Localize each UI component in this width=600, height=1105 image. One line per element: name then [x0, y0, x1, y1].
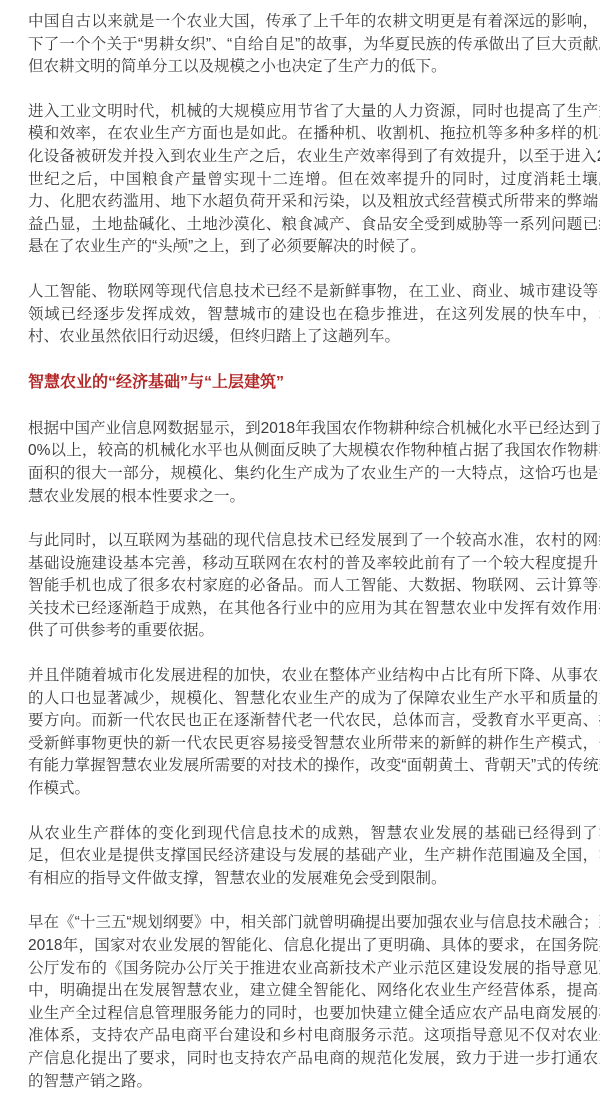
section-paragraph-3: 并且伴随着城市化发展进程的加快，农业在整体产业结构中占比有所下降、从事农业的人口…	[28, 665, 600, 801]
section-heading: 智慧农业的“经济基础”与“上层建筑”	[28, 371, 600, 395]
article-content: 中国自古以来就是一个农业大国，传承了上千年的农耕文明更是有着深远的影响，留下了一…	[0, 0, 600, 1093]
intro-paragraph-1: 中国自古以来就是一个农业大国，传承了上千年的农耕文明更是有着深远的影响，留下了一…	[28, 11, 600, 79]
intro-paragraph-2: 进入工业文明时代，机械的大规模应用节省了大量的人力资源，同时也提高了生产规模和效…	[28, 101, 600, 259]
section-paragraph-2: 与此同时，以互联网为基础的现代信息技术已经发展到了一个较高水准，农村的网络基础设…	[28, 530, 600, 643]
section-paragraph-5: 早在《“十三五“规划纲要》中，相关部门就曾明确提出要加强农业与信息技术融合；到2…	[28, 912, 600, 1093]
article-page: 中国自古以来就是一个农业大国，传承了上千年的农耕文明更是有着深远的影响，留下了一…	[0, 0, 600, 1105]
section-paragraph-1: 根据中国产业信息网数据显示，到2018年我国农作物耕种综合机械化水平已经达到了6…	[28, 418, 600, 508]
section-paragraph-4: 从农业生产群体的变化到现代信息技术的成熟，智慧农业发展的基础已经得到了满足，但农…	[28, 823, 600, 891]
intro-paragraph-3: 人工智能、物联网等现代信息技术已经不是新鲜事物，在工业、商业、城市建设等多领域已…	[28, 281, 600, 349]
